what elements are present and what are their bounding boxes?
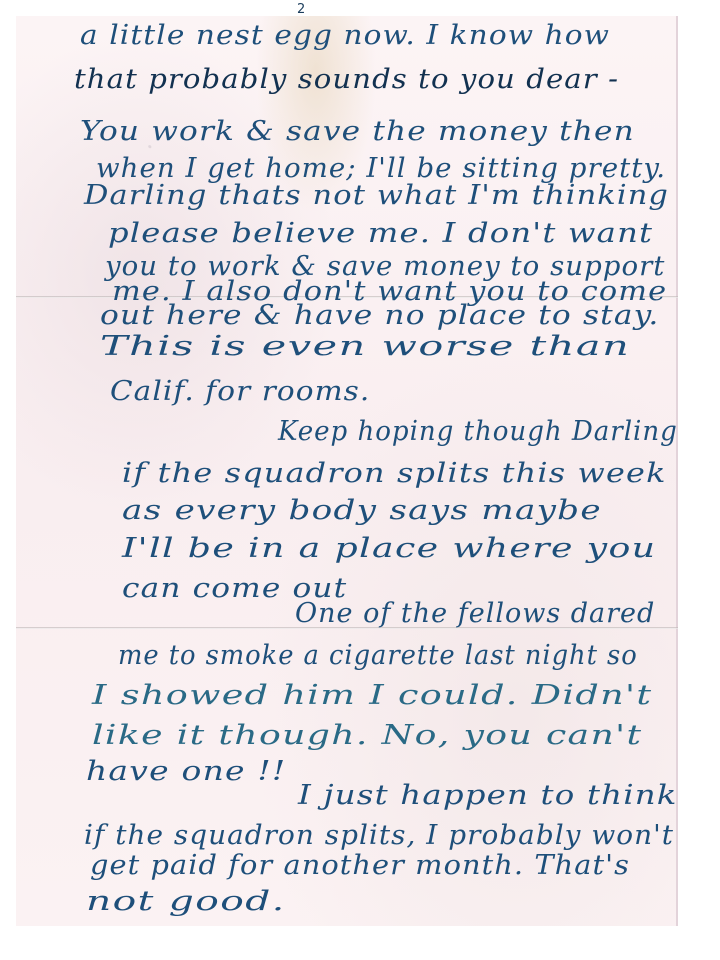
letter-line-15: I'll be in a place where you (122, 535, 656, 562)
letter-line-6: please believe me. I don't want (108, 220, 653, 247)
letter-line-4: when I get home; I'll be sitting pretty. (96, 155, 666, 182)
letter-line-21: have one !! (86, 758, 286, 785)
letter-line-5: Darling thats not what I'm thinking (84, 182, 669, 209)
letter-line-3: You work & save the money then (80, 118, 635, 145)
letter-line-2: that probably sounds to you dear - (74, 66, 619, 93)
letter-line-19: I showed him I could. Didn't (92, 682, 652, 709)
letter-line-17: One of the fellows dared (295, 600, 655, 627)
letter-line-14: as every body says maybe (122, 497, 602, 524)
letter-line-9: out here & have no place to stay. (100, 302, 659, 329)
page-number: 2 (297, 2, 305, 17)
letter-line-25: not good. (86, 888, 286, 915)
letter-line-22: I just happen to think (298, 782, 678, 809)
letter-line-13: if the squadron splits this week (122, 460, 667, 487)
letter-line-20: like it though. No, you can't (92, 722, 642, 749)
letter-line-18: me to smoke a cigarette last night so (118, 642, 638, 669)
letter-line-10: This is even worse than (100, 333, 630, 360)
letter-line-23: if the squadron splits, I probably won't (84, 822, 674, 849)
letter-line-1: a little nest egg now. I know how (80, 22, 610, 49)
letter-line-24: get paid for another month. That's (90, 852, 630, 879)
letter-line-12: Keep hoping though Darling (278, 418, 678, 445)
letter-line-11: Calif. for rooms. (110, 378, 370, 405)
